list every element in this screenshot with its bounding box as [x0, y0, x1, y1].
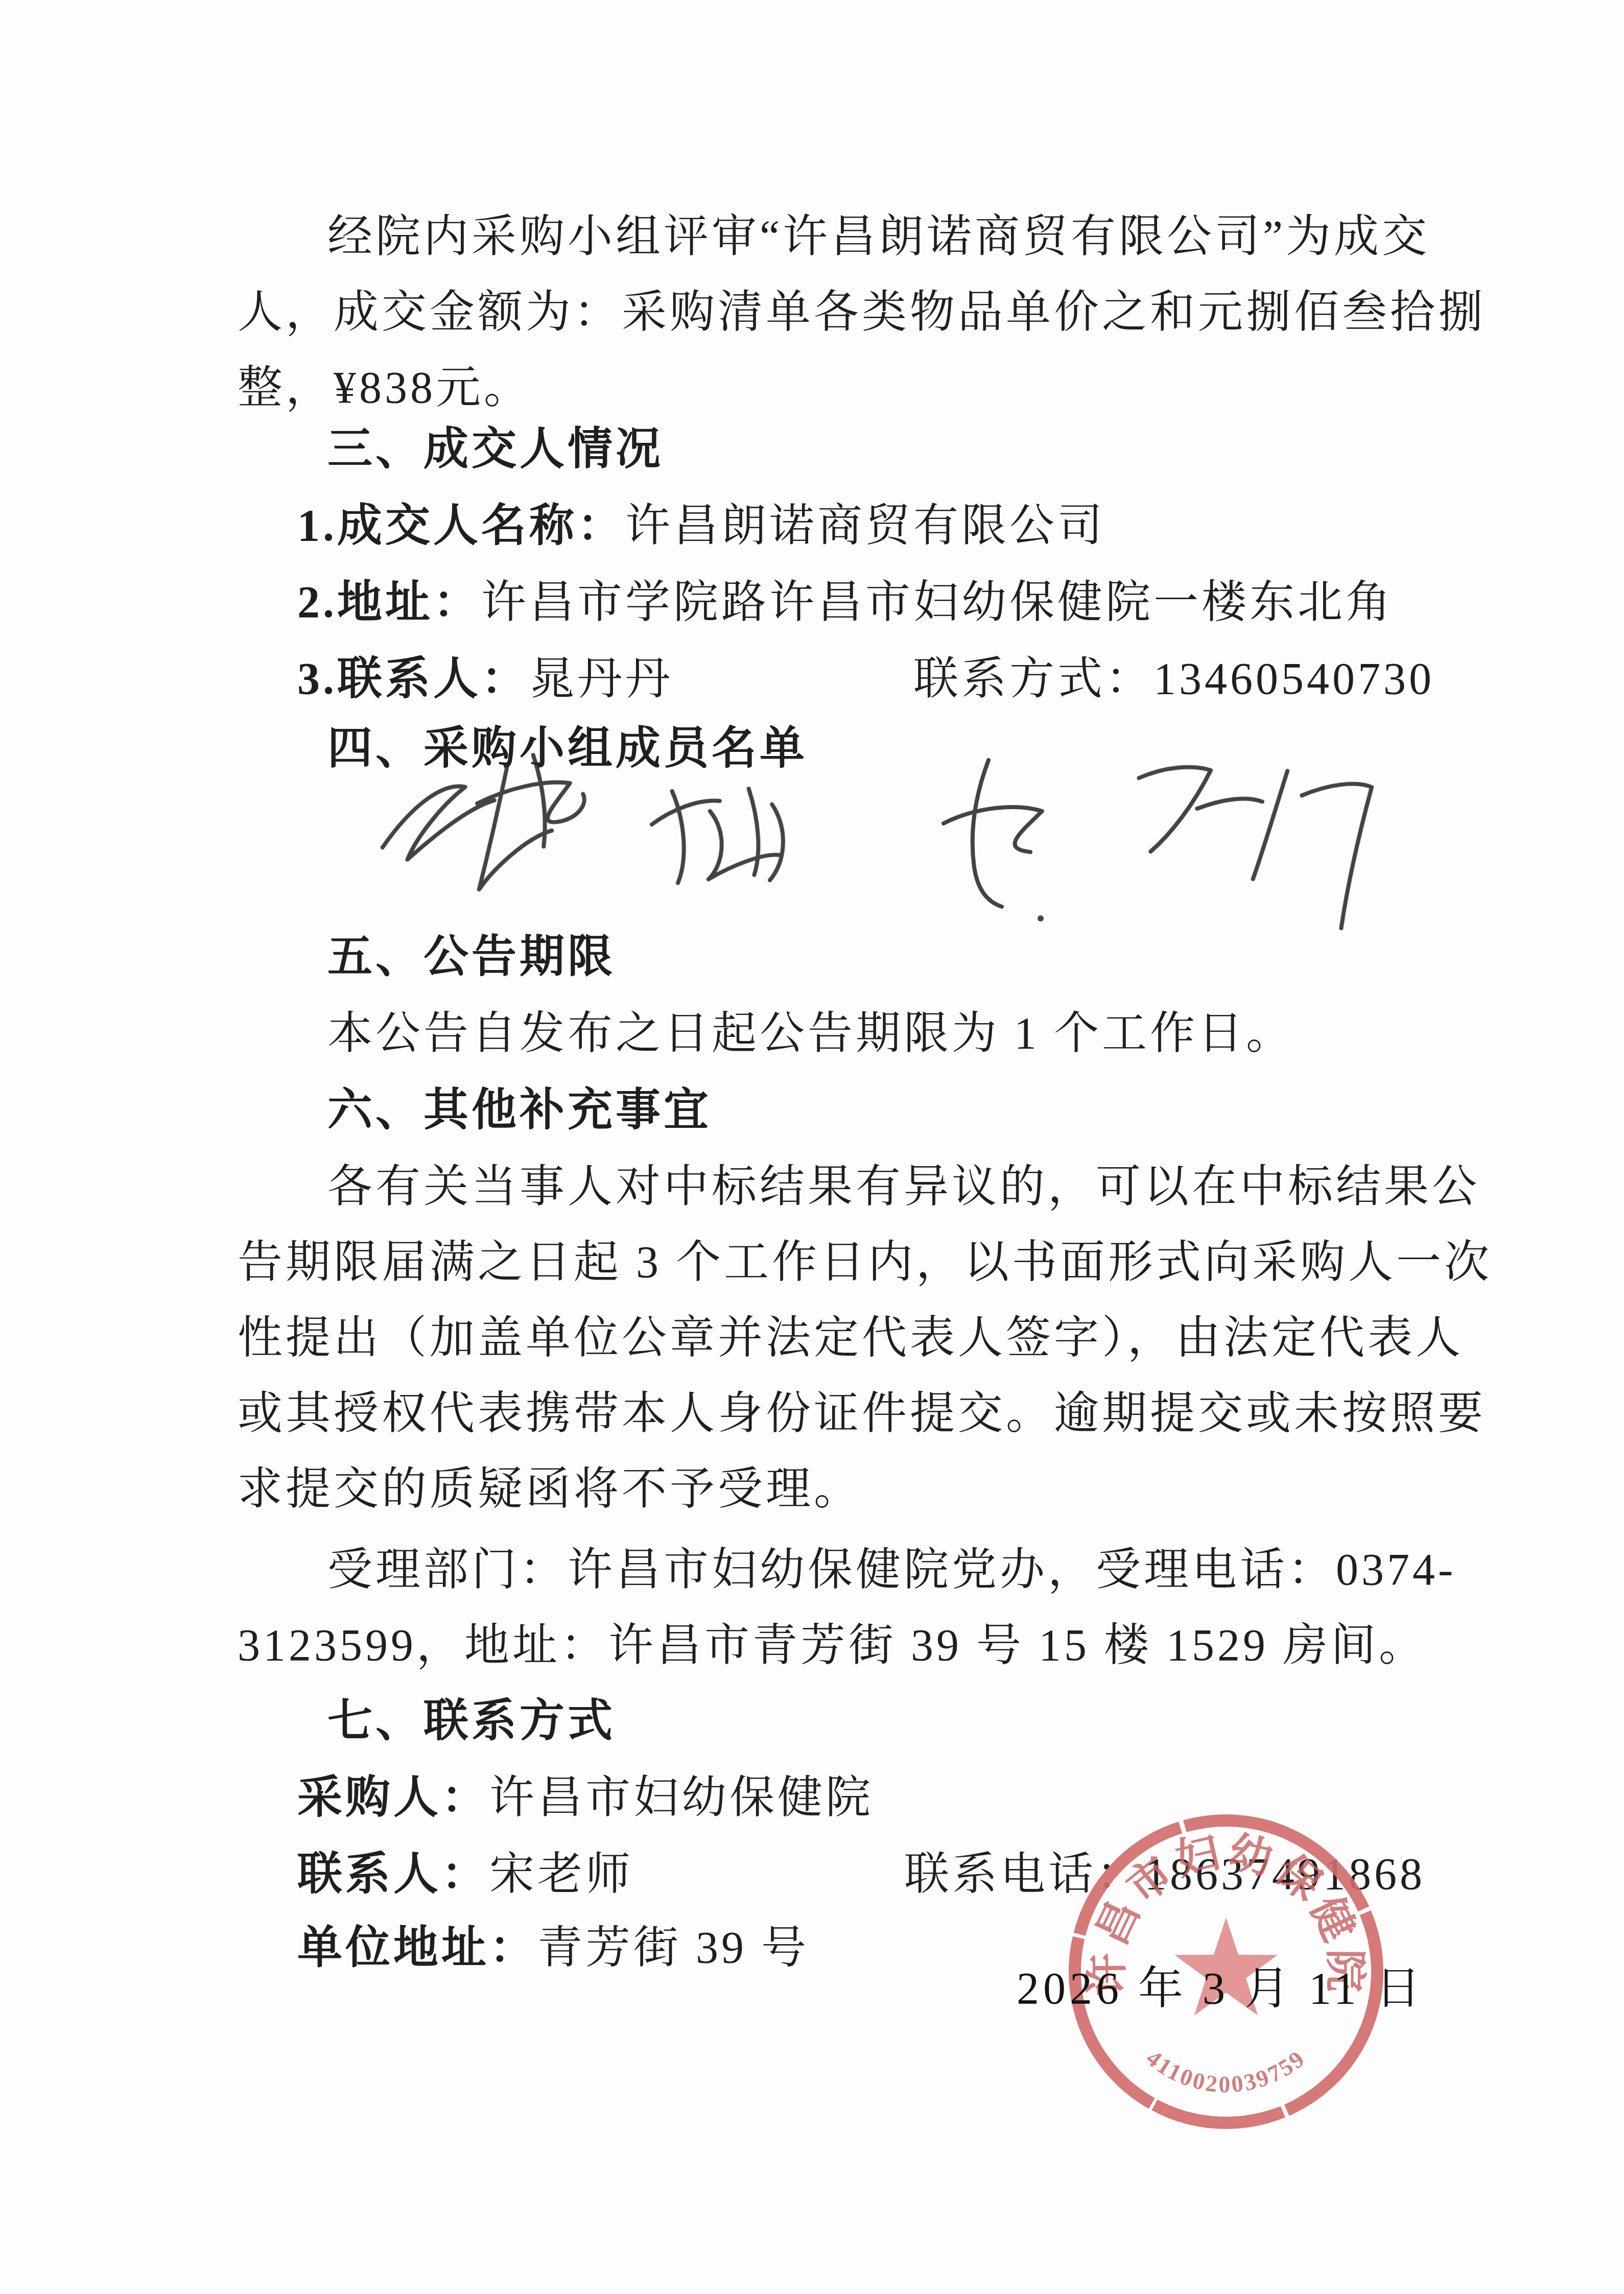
- winner-contact-row: 3.联系人：晁丹丹联系方式：13460540730: [238, 642, 1504, 717]
- signature-4-image: [1134, 765, 1372, 929]
- winner-phone-value: 13460540730: [1154, 654, 1434, 704]
- contact-label: 联系人：: [297, 1850, 489, 1899]
- intro-paragraph: 经院内采购小组评审“许昌朗诺商贸有限公司”为成交人，成交金额为：采购清单各类物品…: [238, 199, 1504, 426]
- signatures-band: [358, 736, 1456, 940]
- winner-phone-label: 联系方式：: [913, 642, 1154, 717]
- contact-value: 宋老师: [489, 1850, 633, 1899]
- notice-period-text: 本公告自发布之日起公告期限为 1 个工作日。: [238, 996, 1504, 1072]
- address-value: 青芳街 39 号: [537, 1923, 809, 1973]
- svg-text:4110020039759: 4110020039759: [1141, 2045, 1310, 2097]
- buyer-label: 采购人：: [297, 1773, 489, 1823]
- winner-address-value: 许昌市学院路许昌市妇幼保健院一楼东北角: [481, 578, 1394, 627]
- section6-heading: 六、其他补充事宜: [238, 1073, 1504, 1148]
- winner-name-value: 许昌朗诺商贸有限公司: [625, 501, 1105, 551]
- address-label: 单位地址：: [297, 1923, 537, 1973]
- winner-name-label: 1.成交人名称：: [297, 501, 625, 551]
- section3-heading: 三、成交人情况: [238, 412, 1504, 487]
- winner-name-row: 1.成交人名称：许昌朗诺商贸有限公司: [238, 488, 1504, 564]
- signature-1-image: [376, 752, 590, 896]
- signature-3-image: [944, 760, 1044, 921]
- objection-paragraph: 各有关当事人对中标结果有异议的，可以在中标结果公告期限届满之日起 3 个工作日内…: [238, 1149, 1504, 1527]
- winner-contact-label: 3.联系人：: [297, 654, 529, 704]
- seal-serial-number: 4110020039759: [1141, 2045, 1310, 2097]
- winner-address-label: 2.地址：: [297, 578, 481, 627]
- winner-address-row: 2.地址：许昌市学院路许昌市妇幼保健院一楼东北角: [238, 565, 1504, 641]
- acceptance-paragraph: 受理部门：许昌市妇幼保健院党办，受理电话：0374-3123599，地址：许昌市…: [238, 1532, 1504, 1684]
- winner-contact-value: 晁丹丹: [529, 654, 673, 704]
- scanned-document-page: 经院内采购小组评审“许昌朗诺商贸有限公司”为成交人，成交金额为：采购清单各类物品…: [0, 0, 1624, 2294]
- signature-2-image: [650, 786, 785, 886]
- section7-heading: 七、联系方式: [238, 1684, 1504, 1759]
- document-date: 2026 年 3 月 11 日: [1017, 1951, 1425, 2027]
- buyer-value: 许昌市妇幼保健院: [489, 1773, 874, 1823]
